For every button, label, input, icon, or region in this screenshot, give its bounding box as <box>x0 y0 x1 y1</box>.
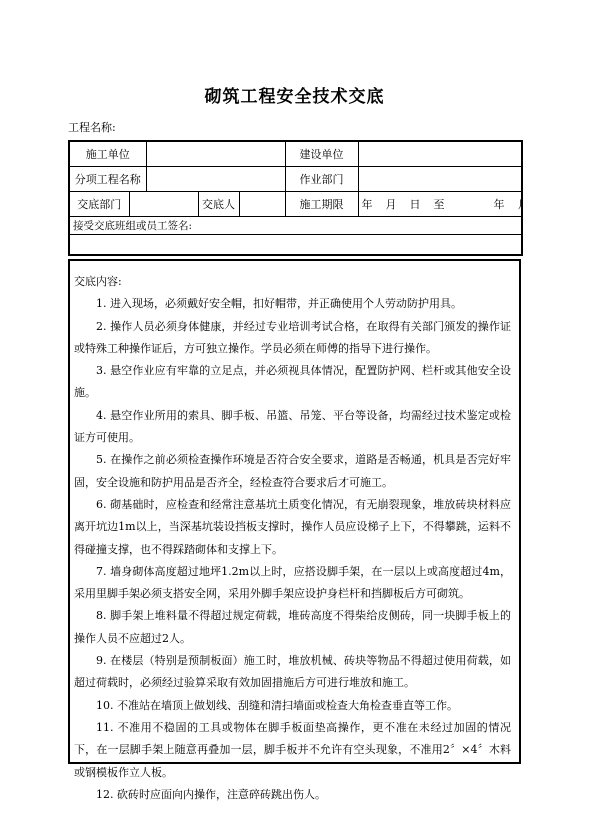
disclosure-item: 6. 砌基础时，应检查和经常注意基坑土质变化情况，有无崩裂现象，堆放砖块材料应离… <box>74 494 511 561</box>
disclosure-dept-value-cell <box>129 192 198 217</box>
table-row: 交底部门 交底人 施工期限 年 月 日 至 年 月 日 <box>69 192 522 217</box>
subproject-name-value-cell <box>146 167 285 192</box>
document-body: 砌筑工程安全技术交底 工程名称: 施工单位 建设单位 分项工程名称 作业部门 <box>68 0 521 764</box>
building-unit-label-cell: 建设单位 <box>285 141 358 167</box>
project-name-label: 工程名称: <box>68 121 521 134</box>
operation-dept-label-cell: 作业部门 <box>285 167 358 192</box>
disclosure-item: 10. 不准站在墙顶上做划线、刮缝和清扫墙面或检查大角检查垂直等工作。 <box>74 695 511 717</box>
disclosure-item: 8. 脚手架上堆料量不得超过规定荷载，堆砖高度不得柴给皮侧砖，同一块脚手板上的操… <box>74 605 511 650</box>
construction-period-label-cell: 施工期限 <box>285 192 358 217</box>
subproject-name-label-cell: 分项工程名称 <box>69 167 146 192</box>
building-unit-value-cell <box>358 141 522 167</box>
form-header-table: 施工单位 建设单位 分项工程名称 作业部门 交底部门 交底人 施工期限 <box>68 140 523 256</box>
construction-period-value-cell: 年 月 日 至 年 月 日 <box>358 192 522 217</box>
table-row: 分项工程名称 作业部门 <box>69 167 522 192</box>
disclosure-item: 3. 悬空作业应有牢靠的立足点，并必须视具体情况，配置防护网、栏杆或其他安全设施… <box>74 360 511 405</box>
disclosure-dept-label-cell: 交底部门 <box>69 192 129 217</box>
disclosure-item: 1. 进入现场，必须戴好安全帽，扣好帽带，并正确使用个人劳动防护用具。 <box>74 293 511 315</box>
discloser-value-cell <box>239 192 285 217</box>
disclosure-item: 4. 悬空作业所用的索具、脚手板、吊篮、吊笼、平台等设备，均需经过技术鉴定或检证… <box>74 405 511 450</box>
disclosure-item: 12. 砍砖时应面向内操作，注意碎砖跳出伤人。 <box>74 784 511 806</box>
table-row <box>69 235 522 256</box>
disclosure-content-box: 交底内容: 1. 进入现场，必须戴好安全帽，扣好帽带，并正确使用个人劳动防护用具… <box>68 259 521 764</box>
disclosure-item: 2. 操作人员必须身体健康，并经过专业培训考试合格，在取得有关部门颁发的操作证或… <box>74 316 511 361</box>
disclosure-item: 9. 在楼层（特别是预制板面）施工时，堆放机械、砖块等物品不得超过使用荷载，如超… <box>74 650 511 695</box>
document-page: 砌筑工程安全技术交底 工程名称: 施工单位 建设单位 分项工程名称 作业部门 <box>0 0 590 835</box>
construction-unit-label-cell: 施工单位 <box>69 141 146 167</box>
disclosure-item: 5. 在操作之前必须检查操作环境是否符合安全要求，道路是否畅通，机具是否完好牢固… <box>74 449 511 494</box>
table-row: 施工单位 建设单位 <box>69 141 522 167</box>
disclosure-item: 11. 不准用不稳固的工具或物体在脚手板面垫高操作，更不准在未经过加固的情况下，… <box>74 717 511 784</box>
construction-unit-value-cell <box>146 141 285 167</box>
content-heading: 交底内容: <box>74 271 511 293</box>
signature-value-cell <box>69 235 522 256</box>
disclosure-item: 7. 墙身砌体高度超过地坪1.2m以上时，应搭设脚手架，在一层以上或高度超过4m… <box>74 561 511 606</box>
disclosure-items: 1. 进入现场，必须戴好安全帽，扣好帽带，并正确使用个人劳动防护用具。2. 操作… <box>74 293 511 806</box>
table-row: 接受交底班组或员工签名: <box>69 217 522 235</box>
operation-dept-value-cell <box>358 167 522 192</box>
discloser-label-cell: 交底人 <box>198 192 239 217</box>
page-title: 砌筑工程安全技术交底 <box>68 88 521 107</box>
signature-label-cell: 接受交底班组或员工签名: <box>69 217 522 235</box>
